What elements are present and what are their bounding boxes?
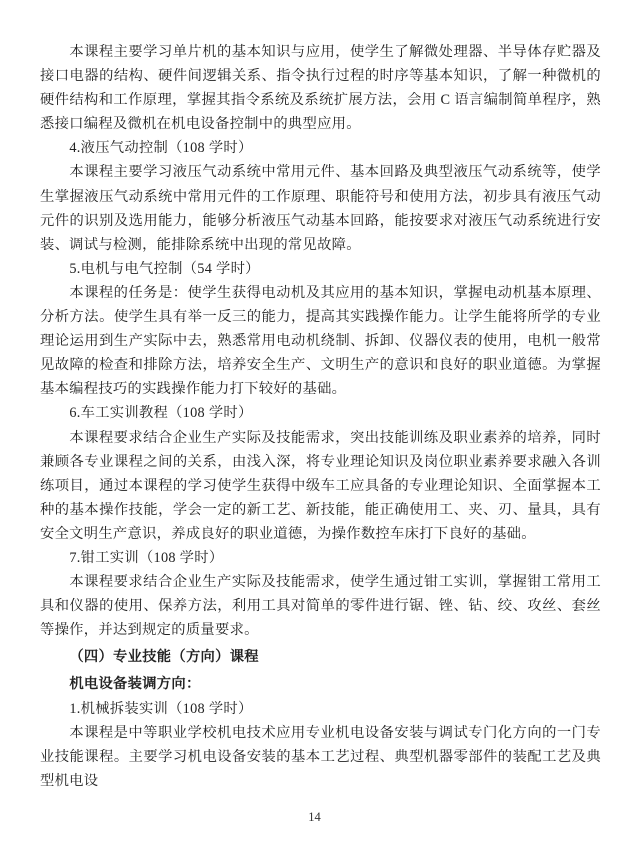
paragraph-motor-electric-control: 本课程的任务是：使学生获得电动机及其应用的基本知识，掌握电动机基本原理、分析方法… <box>40 281 601 401</box>
document-page: 本课程主要学习单片机的基本知识与应用，使学生了解微处理器、半导体存贮器及接口电器… <box>0 0 629 860</box>
course-title-1-mechanical-disassembly-training: 1.机械拆装实训（108 学时） <box>40 697 601 721</box>
heading-section-4-professional-skill-courses: （四）专业技能（方向）课程 <box>40 645 601 669</box>
paragraph-fitter-training: 本课程要求结合企业生产实际及技能需求，使学生通过钳工实训，掌握钳工常用工具和仪器… <box>40 570 601 642</box>
heading-equipment-installation-direction: 机电设备装调方向： <box>40 672 601 696</box>
paragraph-hydraulic-pneumatic: 本课程主要学习液压气动系统中常用元件、基本回路及典型液压气动系统等，使学生掌握液… <box>40 160 601 256</box>
course-title-4-hydraulic-pneumatic: 4.液压气动控制（108 学时） <box>40 136 601 160</box>
document-body: 本课程主要学习单片机的基本知识与应用，使学生了解微处理器、半导体存贮器及接口电器… <box>40 40 601 793</box>
course-title-5-motor-electric-control: 5.电机与电气控制（54 学时） <box>40 257 601 281</box>
page-number: 14 <box>0 810 629 825</box>
course-title-6-lathe-training: 6.车工实训教程（108 学时） <box>40 401 601 425</box>
course-title-7-fitter-training: 7.钳工实训（108 学时） <box>40 546 601 570</box>
paragraph-mcu-course: 本课程主要学习单片机的基本知识与应用，使学生了解微处理器、半导体存贮器及接口电器… <box>40 40 601 136</box>
paragraph-lathe-training: 本课程要求结合企业生产实际及技能需求，突出技能训练及职业素养的培养，同时兼顾各专… <box>40 426 601 546</box>
paragraph-mechanical-disassembly-training: 本课程是中等职业学校机电技术应用专业机电设备安装与调试专门化方向的一门专业技能课… <box>40 721 601 793</box>
